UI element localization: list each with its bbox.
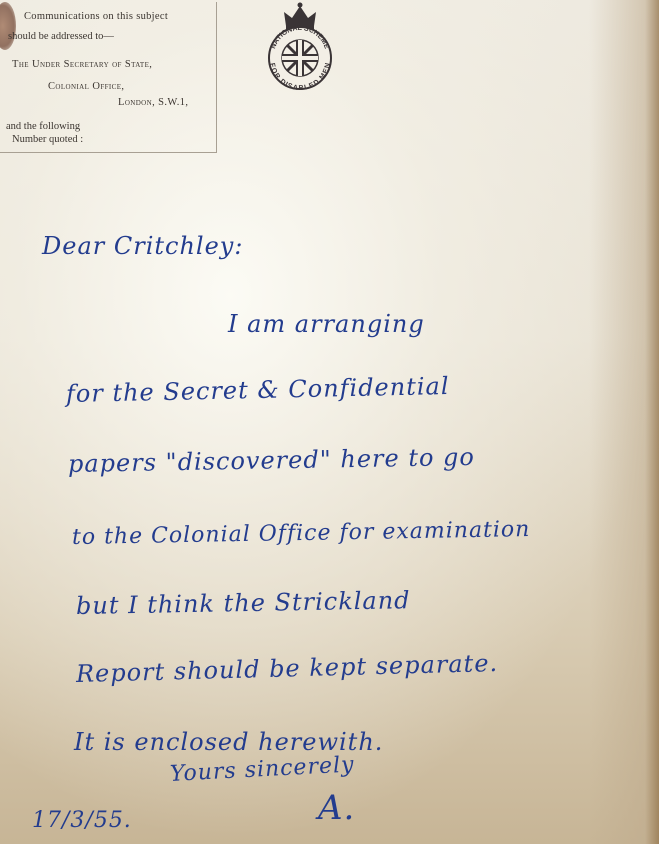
signature: A.	[318, 788, 355, 828]
letterhead-line: Communications on this subject	[24, 10, 168, 23]
letterhead-line: and the following	[6, 120, 80, 133]
letterhead-line: Number quoted :	[12, 133, 83, 146]
letter-line: I am arranging	[228, 310, 425, 338]
letterhead-recipient: The Under Secretary of State,	[12, 58, 152, 71]
letterhead-address-box: Communications on this subject should be…	[0, 2, 217, 153]
crown-cross-seal-icon: NATIONAL SCHEME FOR DISABLED MEN	[262, 0, 338, 92]
letterhead-city: London, S.W.1,	[118, 96, 188, 109]
salutation: Dear Critchley:	[42, 232, 243, 260]
letterhead-line: should be addressed to—	[8, 30, 114, 43]
letter-line: It is enclosed herewith.	[74, 728, 383, 756]
letter-line: but I think the Strickland	[76, 586, 411, 620]
date: 17/3/55.	[32, 808, 132, 833]
letterhead-office: Colonial Office,	[48, 80, 124, 93]
